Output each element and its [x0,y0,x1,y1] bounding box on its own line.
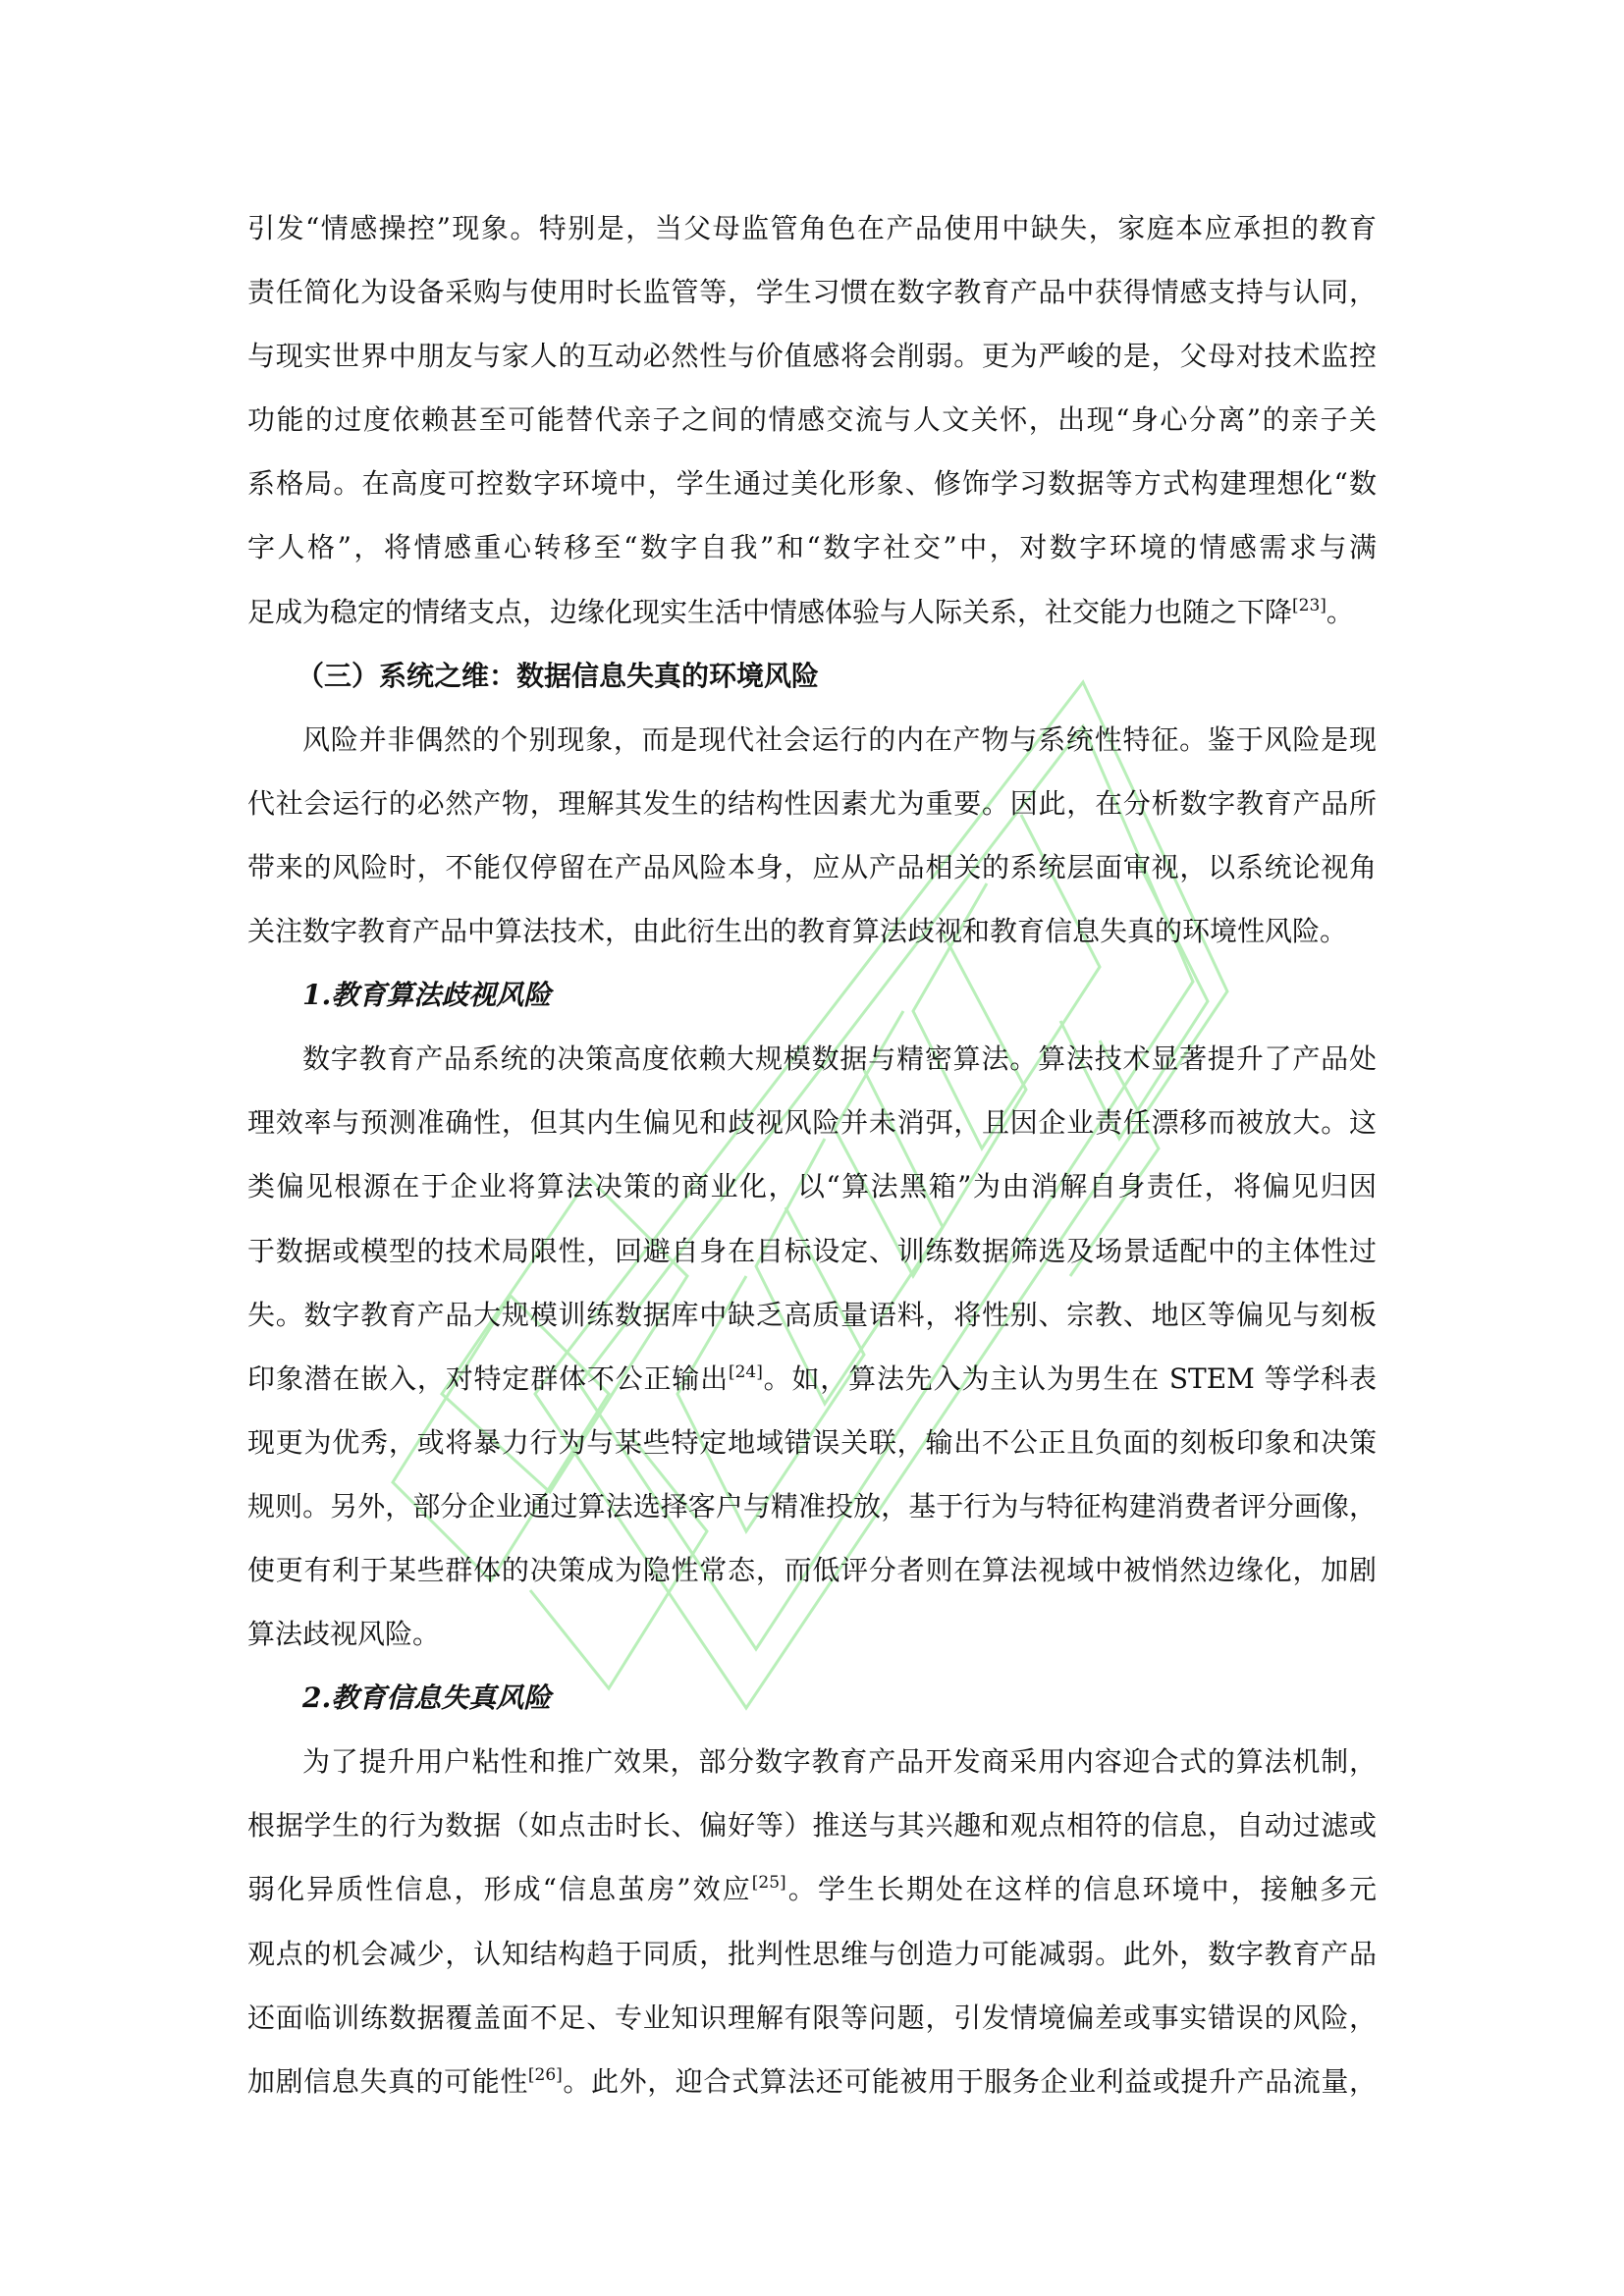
text-line: 弱化异质性信息，形成“信息茧房”效应[25]。学生长期处在这样的信息环境中，接触… [247,1857,1377,1921]
text-line: 字人格”，将情感重心转移至“数字自我”和“数字社交”中，对数字环境的情感需求与满 [247,515,1377,579]
citation-ref[interactable]: [25] [752,1873,786,1893]
text-line: 责任简化为设备采购与使用时长监管等，学生习惯在数字教育产品中获得情感支持与认同， [247,260,1377,324]
subsection-heading: 1.教育算法歧视风险 [247,963,1377,1027]
text-span: 弱化异质性信息，形成“信息茧房”效应 [247,1873,752,1905]
text-line: 于数据或模型的技术局限性，回避自身在目标设定、训练数据筛选及场景适配中的主体性过 [247,1219,1377,1283]
text-line: 为了提升用户粘性和推广效果，部分数字教育产品开发商采用内容迎合式的算法机制， [247,1730,1377,1793]
document-body: 引发“情感操控”现象。特别是，当父母监管角色在产品使用中缺失，家庭本应承担的教育… [247,196,1377,2113]
text-line: 失。数字教育产品大规模训练数据库中缺乏高质量语料，将性别、宗教、地区等偏见与刻板 [247,1283,1377,1347]
citation-ref[interactable]: [26] [528,2065,563,2085]
paragraph: 引发“情感操控”现象。特别是，当父母监管角色在产品使用中缺失，家庭本应承担的教育… [247,196,1377,644]
text-span: 加剧信息失真的可能性 [247,2065,528,2098]
text-line: 算法歧视风险。 [247,1602,1377,1666]
text-line: 功能的过度依赖甚至可能替代亲子之间的情感交流与人文关怀，出现“身心分离”的亲子关 [247,388,1377,452]
paragraph: 风险并非偶然的个别现象，而是现代社会运行的内在产物与系统性特征。鉴于风险是现 代… [247,708,1377,963]
subsection-heading: 2.教育信息失真风险 [247,1666,1377,1730]
text-line: 观点的机会减少，认知结构趋于同质，批判性思维与创造力可能减弱。此外，数字教育产品 [247,1922,1377,1986]
paragraph: 为了提升用户粘性和推广效果，部分数字教育产品开发商采用内容迎合式的算法机制， 根… [247,1730,1377,2113]
text-line: 系格局。在高度可控数字环境中，学生通过美化形象、修饰学习数据等方式构建理想化“数 [247,452,1377,515]
paragraph: 数字教育产品系统的决策高度依赖大规模数据与精密算法。算法技术显著提升了产品处 理… [247,1027,1377,1666]
text-line: 数字教育产品系统的决策高度依赖大规模数据与精密算法。算法技术显著提升了产品处 [247,1027,1377,1091]
text-line: 足成为稳定的情绪支点，边缘化现实生活中情感体验与人际关系，社交能力也随之下降[2… [247,580,1377,644]
text-line: 引发“情感操控”现象。特别是，当父母监管角色在产品使用中缺失，家庭本应承担的教育 [247,196,1377,260]
text-line: 还面临训练数据覆盖面不足、专业知识理解有限等问题，引发情境偏差或事实错误的风险， [247,1986,1377,2050]
text-span: 。此外，迎合式算法还可能被用于服务企业利益或提升产品流量， [563,2065,1377,2098]
text-line: 风险并非偶然的个别现象，而是现代社会运行的内在产物与系统性特征。鉴于风险是现 [247,708,1377,772]
text-span: 足成为稳定的情绪支点，边缘化现实生活中情感体验与人际关系，社交能力也随之下降 [247,596,1292,628]
text-span: 印象潜在嵌入，对特定群体不公正输出 [247,1362,729,1395]
text-span: 。学生长期处在这样的信息环境中，接触多元 [786,1873,1377,1905]
citation-ref[interactable]: [24] [729,1362,763,1382]
text-line: 类偏见根源在于企业将算法决策的商业化，以“算法黑箱”为由消解自身责任，将偏见归因 [247,1154,1377,1218]
citation-ref[interactable]: [23] [1292,596,1326,615]
text-line: 理效率与预测准确性，但其内生偏见和歧视风险并未消弭，且因企业责任漂移而被放大。这 [247,1091,1377,1154]
text-line: 代社会运行的必然产物，理解其发生的结构性因素尤为重要。因此，在分析数字教育产品所 [247,772,1377,835]
section-heading: （三）系统之维：数据信息失真的环境风险 [247,644,1377,708]
text-line: 加剧信息失真的可能性[26]。此外，迎合式算法还可能被用于服务企业利益或提升产品… [247,2050,1377,2113]
text-line: 与现实世界中朋友与家人的互动必然性与价值感将会削弱。更为严峻的是，父母对技术监控 [247,324,1377,388]
text-span: 。如，算法先入为主认为男生在 STEM 等学科表 [763,1362,1377,1395]
text-line: 带来的风险时，不能仅停留在产品风险本身，应从产品相关的系统层面审视，以系统论视角 [247,835,1377,899]
text-line: 使更有利于某些群体的决策成为隐性常态，而低评分者则在算法视域中被悄然边缘化，加剧 [247,1538,1377,1602]
text-span: 。 [1326,596,1354,628]
text-line: 规则。另外，部分企业通过算法选择客户与精准投放，基于行为与特征构建消费者评分画像… [247,1474,1377,1538]
text-line: 根据学生的行为数据（如点击时长、偏好等）推送与其兴趣和观点相符的信息，自动过滤或 [247,1793,1377,1857]
text-line: 关注数字教育产品中算法技术，由此衍生出的教育算法歧视和教育信息失真的环境性风险。 [247,899,1377,963]
text-line: 印象潜在嵌入，对特定群体不公正输出[24]。如，算法先入为主认为男生在 STEM… [247,1347,1377,1411]
text-line: 现更为优秀，或将暴力行为与某些特定地域错误关联，输出不公正且负面的刻板印象和决策 [247,1411,1377,1474]
